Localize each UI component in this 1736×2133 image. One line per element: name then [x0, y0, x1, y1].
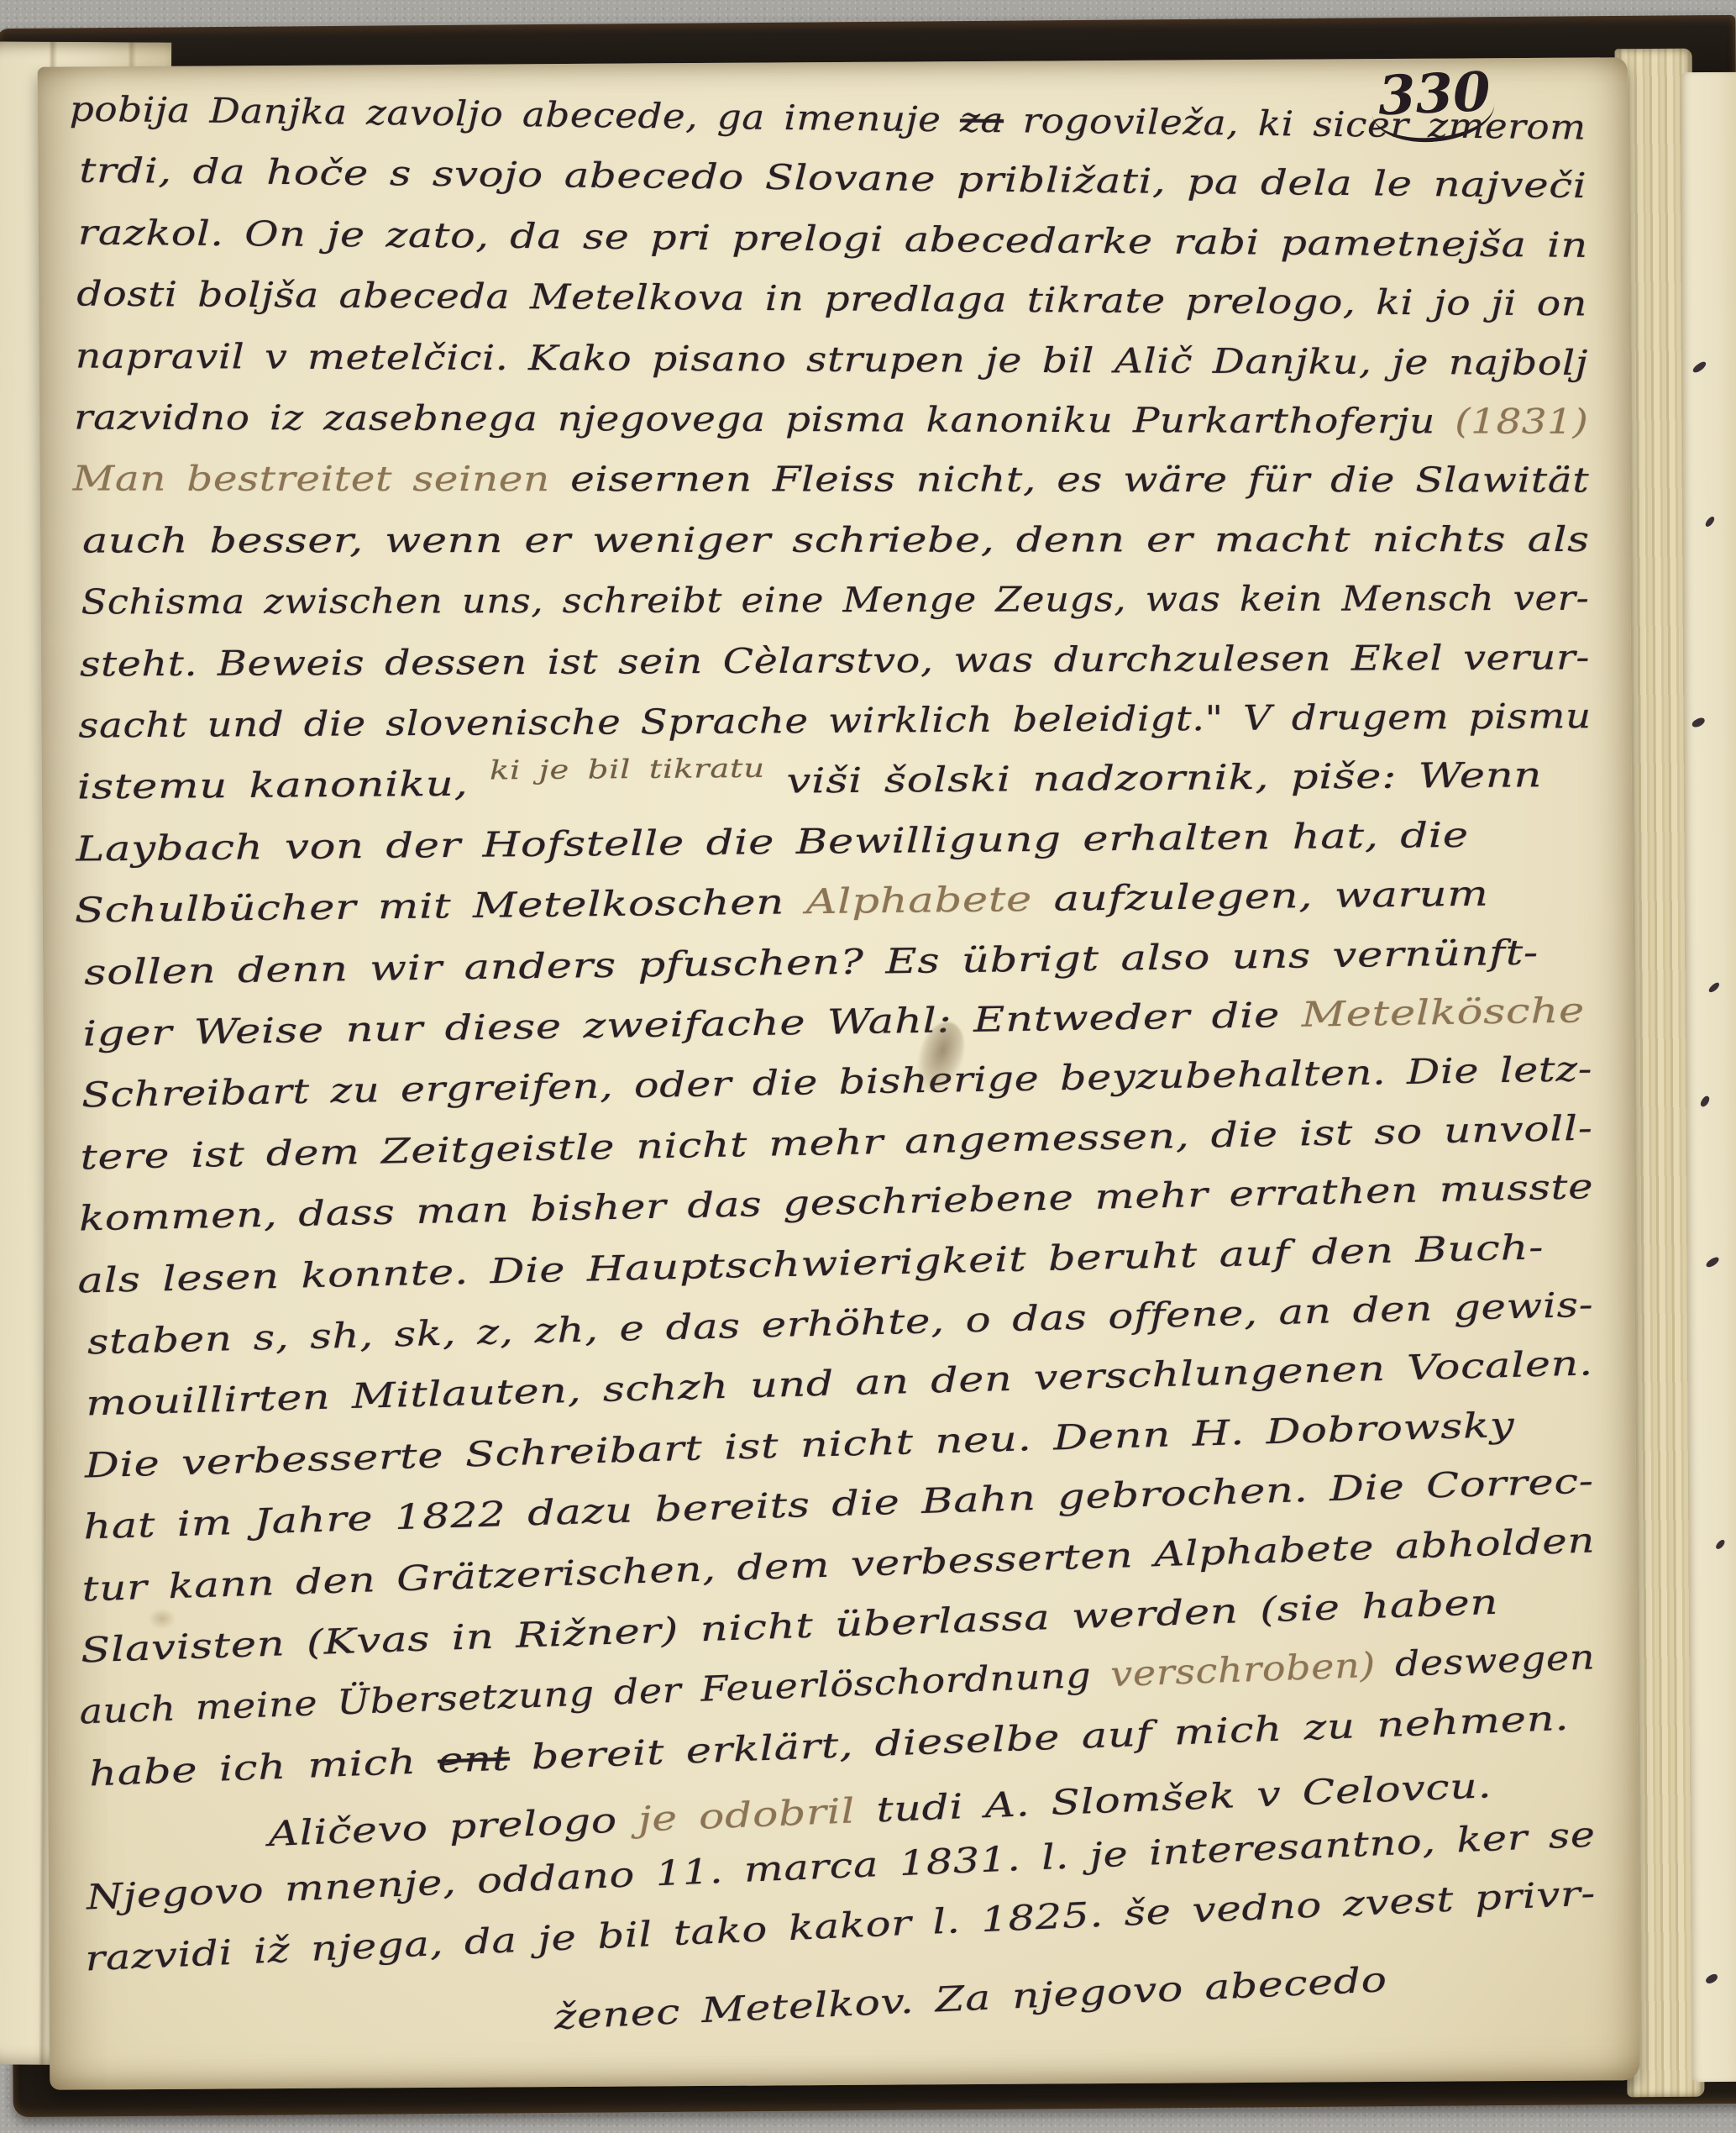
manuscript-line: razvidno iz zasebnega njegovega pisma ka… [74, 401, 1588, 439]
text-segment: habe ich mich [88, 1741, 438, 1794]
ink-mark [1707, 981, 1721, 994]
paper-stain [148, 1608, 176, 1630]
manuscript-line: sacht und die slovenische Sprache wirkli… [78, 699, 1591, 743]
manuscript-line: pobija Danjka zavoljo abecede, ga imenuj… [70, 92, 1587, 145]
text-segment: als lesen konnte. Die Hauptschwierigkeit… [77, 1227, 1545, 1300]
text-segment: Schisma zwischen uns, schreibt eine Meng… [81, 578, 1589, 623]
text-segment: Schreibart zu ergreifen, oder die bisher… [81, 1049, 1593, 1116]
text-segment: rogovileža, ki sicer zmerom [1004, 100, 1587, 147]
text-segment: iger Weise nur diese zweifache Wahl: Ent… [82, 995, 1302, 1054]
ink-mark [1704, 1973, 1718, 1985]
text-segment: kommen, dass man bisher das geschriebene… [79, 1166, 1594, 1238]
text-segment: razvidno iz zasebnega njegovega pisma ka… [74, 397, 1455, 442]
manuscript-line: dosti boljša abeceda Metelkova in predla… [76, 277, 1587, 322]
text-segment-faded: je odobril [637, 1791, 856, 1840]
manuscript-line: istemu kanoniku, ki je bil tikratu viši … [77, 759, 1542, 805]
text-segment: deswegen [1375, 1637, 1596, 1685]
text-segment: tudi A. Slomšek v Celovcu. [854, 1765, 1492, 1831]
text-segment: Laybach von der Hofstelle die Bewilligun… [76, 815, 1469, 869]
manuscript-line: ženec Metelkov. Za njegovo abecedo [553, 1962, 1388, 2035]
text-segment: pobija Danjka zavoljo abecede, ga imenuj… [70, 89, 961, 140]
text-segment: tere ist dem Zeitgeistle nicht mehr ange… [80, 1107, 1593, 1177]
text-segment: Schulbücher mit Metelkoschen [75, 881, 806, 930]
text-segment: istemu kanoniku, [77, 764, 490, 807]
text-segment: auch besser, wenn er weniger schriebe, d… [82, 519, 1590, 561]
manuscript-line: iger Weise nur diese zweifache Wahl: Ent… [82, 993, 1585, 1051]
ink-mark [1691, 717, 1706, 729]
text-segment: napravil v metelčici. Kako pisano strupe… [76, 335, 1588, 382]
text-segment-faded: Man bestreitet seinen [73, 459, 550, 500]
text-segment: eisernen Fleiss nicht, es wäre für die S… [550, 460, 1589, 501]
manuscript-line: auch besser, wenn er weniger schriebe, d… [82, 523, 1590, 559]
ink-mark [1699, 1095, 1712, 1108]
next-page-sliver [1681, 72, 1736, 2082]
text-segment: viši šolski nadzornik, piše: Wenn [765, 755, 1543, 802]
text-segment: sacht und die slovenische Sprache wirkli… [78, 696, 1592, 745]
manuscript-line: Schulbücher mit Metelkoschen Alphabete a… [75, 877, 1489, 928]
text-segment: trdi, da hoče s svojo abecedo Slovane pr… [79, 150, 1587, 206]
manuscript-line: razkol. On je zato, da se pri prelogi ab… [78, 215, 1588, 262]
text-segment: sollen denn wir anders pfuschen? Es übri… [84, 932, 1539, 992]
text-segment-faded: (1831) [1455, 401, 1588, 441]
text-segment-faded: Alphabete [805, 879, 1032, 922]
text-segment: aufzulegen, warum [1032, 874, 1489, 919]
ink-mark [1704, 515, 1716, 528]
manuscript-line: tere ist dem Zeitgeistle nicht mehr ange… [80, 1111, 1593, 1174]
text-segment-insert: ki je bil tikratu [490, 756, 765, 785]
handwritten-text: pobija Danjka zavoljo abecede, ga imenuj… [75, 72, 1645, 2073]
manuscript-line: kommen, dass man bisher das geschriebene… [79, 1169, 1594, 1236]
ink-mark [1714, 1538, 1726, 1550]
text-segment-faded: Metelkösche [1301, 990, 1585, 1034]
text-segment: steht. Beweis dessen ist sein Cèlarstvo,… [80, 637, 1590, 684]
manuscript-line: Schisma zwischen uns, schreibt eine Meng… [81, 581, 1590, 620]
text-segment-strike: za [960, 100, 1004, 141]
manuscript-line: Laybach von der Hofstelle die Bewilligun… [76, 818, 1469, 867]
manuscript-page: 330 pobija Danjka zavoljo abecede, ga im… [38, 57, 1640, 2090]
manuscript-line: Man bestreitet seinen eisernen Fleiss ni… [73, 462, 1590, 498]
text-segment: dosti boljša abeceda Metelkova in predla… [76, 274, 1587, 324]
manuscript-line: sollen denn wir anders pfuschen? Es übri… [84, 935, 1539, 990]
text-segment-strike: ent [437, 1737, 511, 1780]
text-segment-faded: verschroben) [1109, 1645, 1376, 1694]
ink-mark [1705, 1256, 1721, 1269]
manuscript-line: napravil v metelčici. Kako pisano strupe… [76, 339, 1588, 380]
text-segment: razkol. On je zato, da se pri prelogi ab… [78, 212, 1588, 265]
text-segment: Aličevo prelogo [268, 1799, 639, 1854]
manuscript-line: steht. Beweis dessen ist sein Cèlarstvo,… [80, 640, 1590, 681]
manuscript-line: trdi, da hoče s svojo abecedo Slovane pr… [79, 154, 1587, 203]
photo-scene: 330 pobija Danjka zavoljo abecede, ga im… [0, 0, 1736, 2133]
ink-mark [1691, 360, 1707, 375]
manuscript-line: als lesen konnte. Die Hauptschwierigkeit… [77, 1230, 1544, 1298]
manuscript-line: Schreibart zu ergreifen, oder die bisher… [81, 1053, 1593, 1113]
text-segment: ženec Metelkov. Za njegovo abecedo [553, 1959, 1388, 2037]
